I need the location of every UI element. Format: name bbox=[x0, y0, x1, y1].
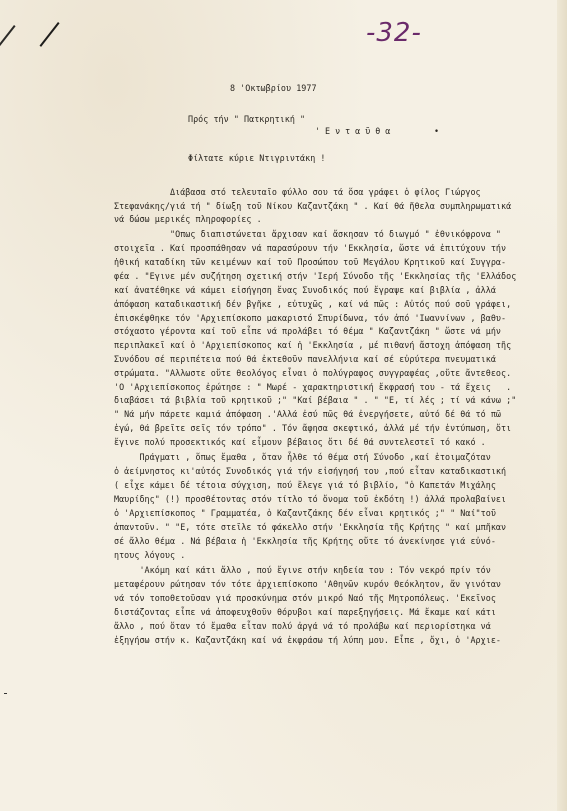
body-text-line: "Οπως διαπιστώνεται ἄρχισαν καί ἄσκησαν … bbox=[114, 229, 501, 239]
body-text-line: ἀπόφαση καταδικαστική δέν βγῆκε , εὐτυχῶ… bbox=[114, 299, 511, 309]
body-text-line: μεταφέρουν ρώτησαν τόν τότε ἀρχιεπίσκοπο… bbox=[114, 579, 501, 589]
letter-recipient: Πρός τήν " Πατκρητική " bbox=[188, 114, 305, 124]
body-text-line: Πράγματι , ὅπως ἔμαθα , ὅταν ἦλθε τό θέμ… bbox=[114, 452, 491, 462]
body-text-line: 'Ακόμη καί κάτι ἄλλο , πού ἔγινε στήν κη… bbox=[114, 565, 491, 575]
body-text-line: Συνόδου σέ περιπέτεια πού θά ἐκτεθοῦν πα… bbox=[114, 354, 496, 364]
body-text-line: ητους λόγους . bbox=[114, 550, 185, 560]
body-text-line: ἄλλο , πού ὅταν τό ἔμαθα εἶταν πολύ ἀργά… bbox=[114, 621, 491, 631]
body-text-line: ἀπαντοῦν. " "Ε, τότε στεῖλε τό φάκελλο σ… bbox=[114, 522, 506, 532]
body-text-line: ὁ ἀείμνηστος κι'αὐτός Συνοδικός γιά τήν … bbox=[114, 466, 506, 476]
body-text-line: καί ἀνατέθηκε νά κάμει εἰσήγηση ἕνας Συν… bbox=[114, 285, 496, 295]
handwritten-page-number: -32- bbox=[366, 18, 422, 48]
body-text-line: φέα . "Εγινε μέν συζήτηση σχετική στήν '… bbox=[114, 271, 516, 281]
page-edge bbox=[557, 0, 567, 811]
margin-mark bbox=[4, 693, 7, 694]
body-text-line: νά τόν τοποθετοῦσαν γιά προσκύνημα στόν … bbox=[114, 593, 496, 603]
body-text-line: Στεφανάκης/γιά τή " δίωξη τοῦ Νίκου Καζα… bbox=[114, 201, 511, 211]
body-text-line: ἐξηγήσω στήν κ. Καζαντζάκη καί νά ἐκφράσ… bbox=[114, 635, 501, 645]
staple-mark-top bbox=[40, 22, 60, 47]
body-text-line: ( εἶχε κάμει δέ τέτοια σύγχιση, πού ἔλεγ… bbox=[114, 480, 496, 490]
body-text-line: Διάβασα στό τελευταῖο φύλλο σου τά ὅσα γ… bbox=[114, 187, 481, 197]
letter-date: 8 'Οκτωβρίου 1977 bbox=[230, 83, 317, 93]
letter-place: 'Ενταῦθα bbox=[315, 126, 395, 136]
letter-salutation: Φίλτατε κύριε Ντιγριντάκη ! bbox=[188, 153, 326, 163]
body-text-line: " Νά μήν πάρετε καμιά ἀπόφαση .'Αλλά ἐσύ… bbox=[114, 409, 501, 419]
body-text-line: νά δώσω μερικές πληροφορίες . bbox=[114, 214, 262, 224]
body-text-line: ἔγινε πολύ προσεκτικός καί εἶμουν βέβαιο… bbox=[114, 437, 486, 447]
letter-place-dot: • bbox=[434, 126, 439, 136]
document-page: -32- 8 'Οκτωβρίου 1977 Πρός τήν " Πατκρη… bbox=[0, 0, 567, 811]
body-text-line: ἠθική καταδίκη τῶν κειμένων καί τοῦ Προσ… bbox=[114, 257, 506, 267]
body-text-line: στόχαστο γέροντα καί τοῦ εἶπε νά προλάβε… bbox=[114, 326, 501, 336]
body-text-line: περιπλακεῖ καί ὁ 'Αρχιεπίσκοπος καί ἡ 'Ε… bbox=[114, 340, 511, 350]
staple-mark bbox=[0, 25, 16, 83]
body-text-line: διστάζοντας εἶπε νά ἀποφευχθοῦν θόρυβοι … bbox=[114, 607, 496, 617]
body-text-line: διαβάσει τά βιβλία τοῦ κρητικοῦ ;" "Καί … bbox=[114, 395, 516, 405]
body-text-line: σέ ἄλλο θέμα . Νά βέβαια ἡ 'Εκκλησία τῆς… bbox=[114, 536, 496, 546]
body-text-line: ὁ 'Αρχιεπίσκοπος " Γραμματέα, ὁ Καζαντζά… bbox=[114, 508, 496, 518]
body-text-line: στρώματα. "Αλλωστε οὔτε θεολόγος εἶναι ὁ… bbox=[114, 368, 511, 378]
body-text-line: Μαυρίδης" (!) προσθέτοντας στόν τίτλο τό… bbox=[114, 494, 506, 504]
body-text-line: στοιχεῖα . Καί προσπάθησαν νά παρασύρουν… bbox=[114, 243, 506, 253]
body-text-line: ἐγώ, θά βρεῖτε σεῖς τόν τρόπο" . Τόν ἄφη… bbox=[114, 423, 511, 433]
body-text-line: 'Ο 'Αρχιεπίσκοπος ἐρώτησε : " Μωρέ - χαρ… bbox=[114, 382, 511, 392]
body-text-line: ἐπισκέφθηκε τόν 'Αρχιεπίσκοπο μακαριστό … bbox=[114, 313, 506, 323]
